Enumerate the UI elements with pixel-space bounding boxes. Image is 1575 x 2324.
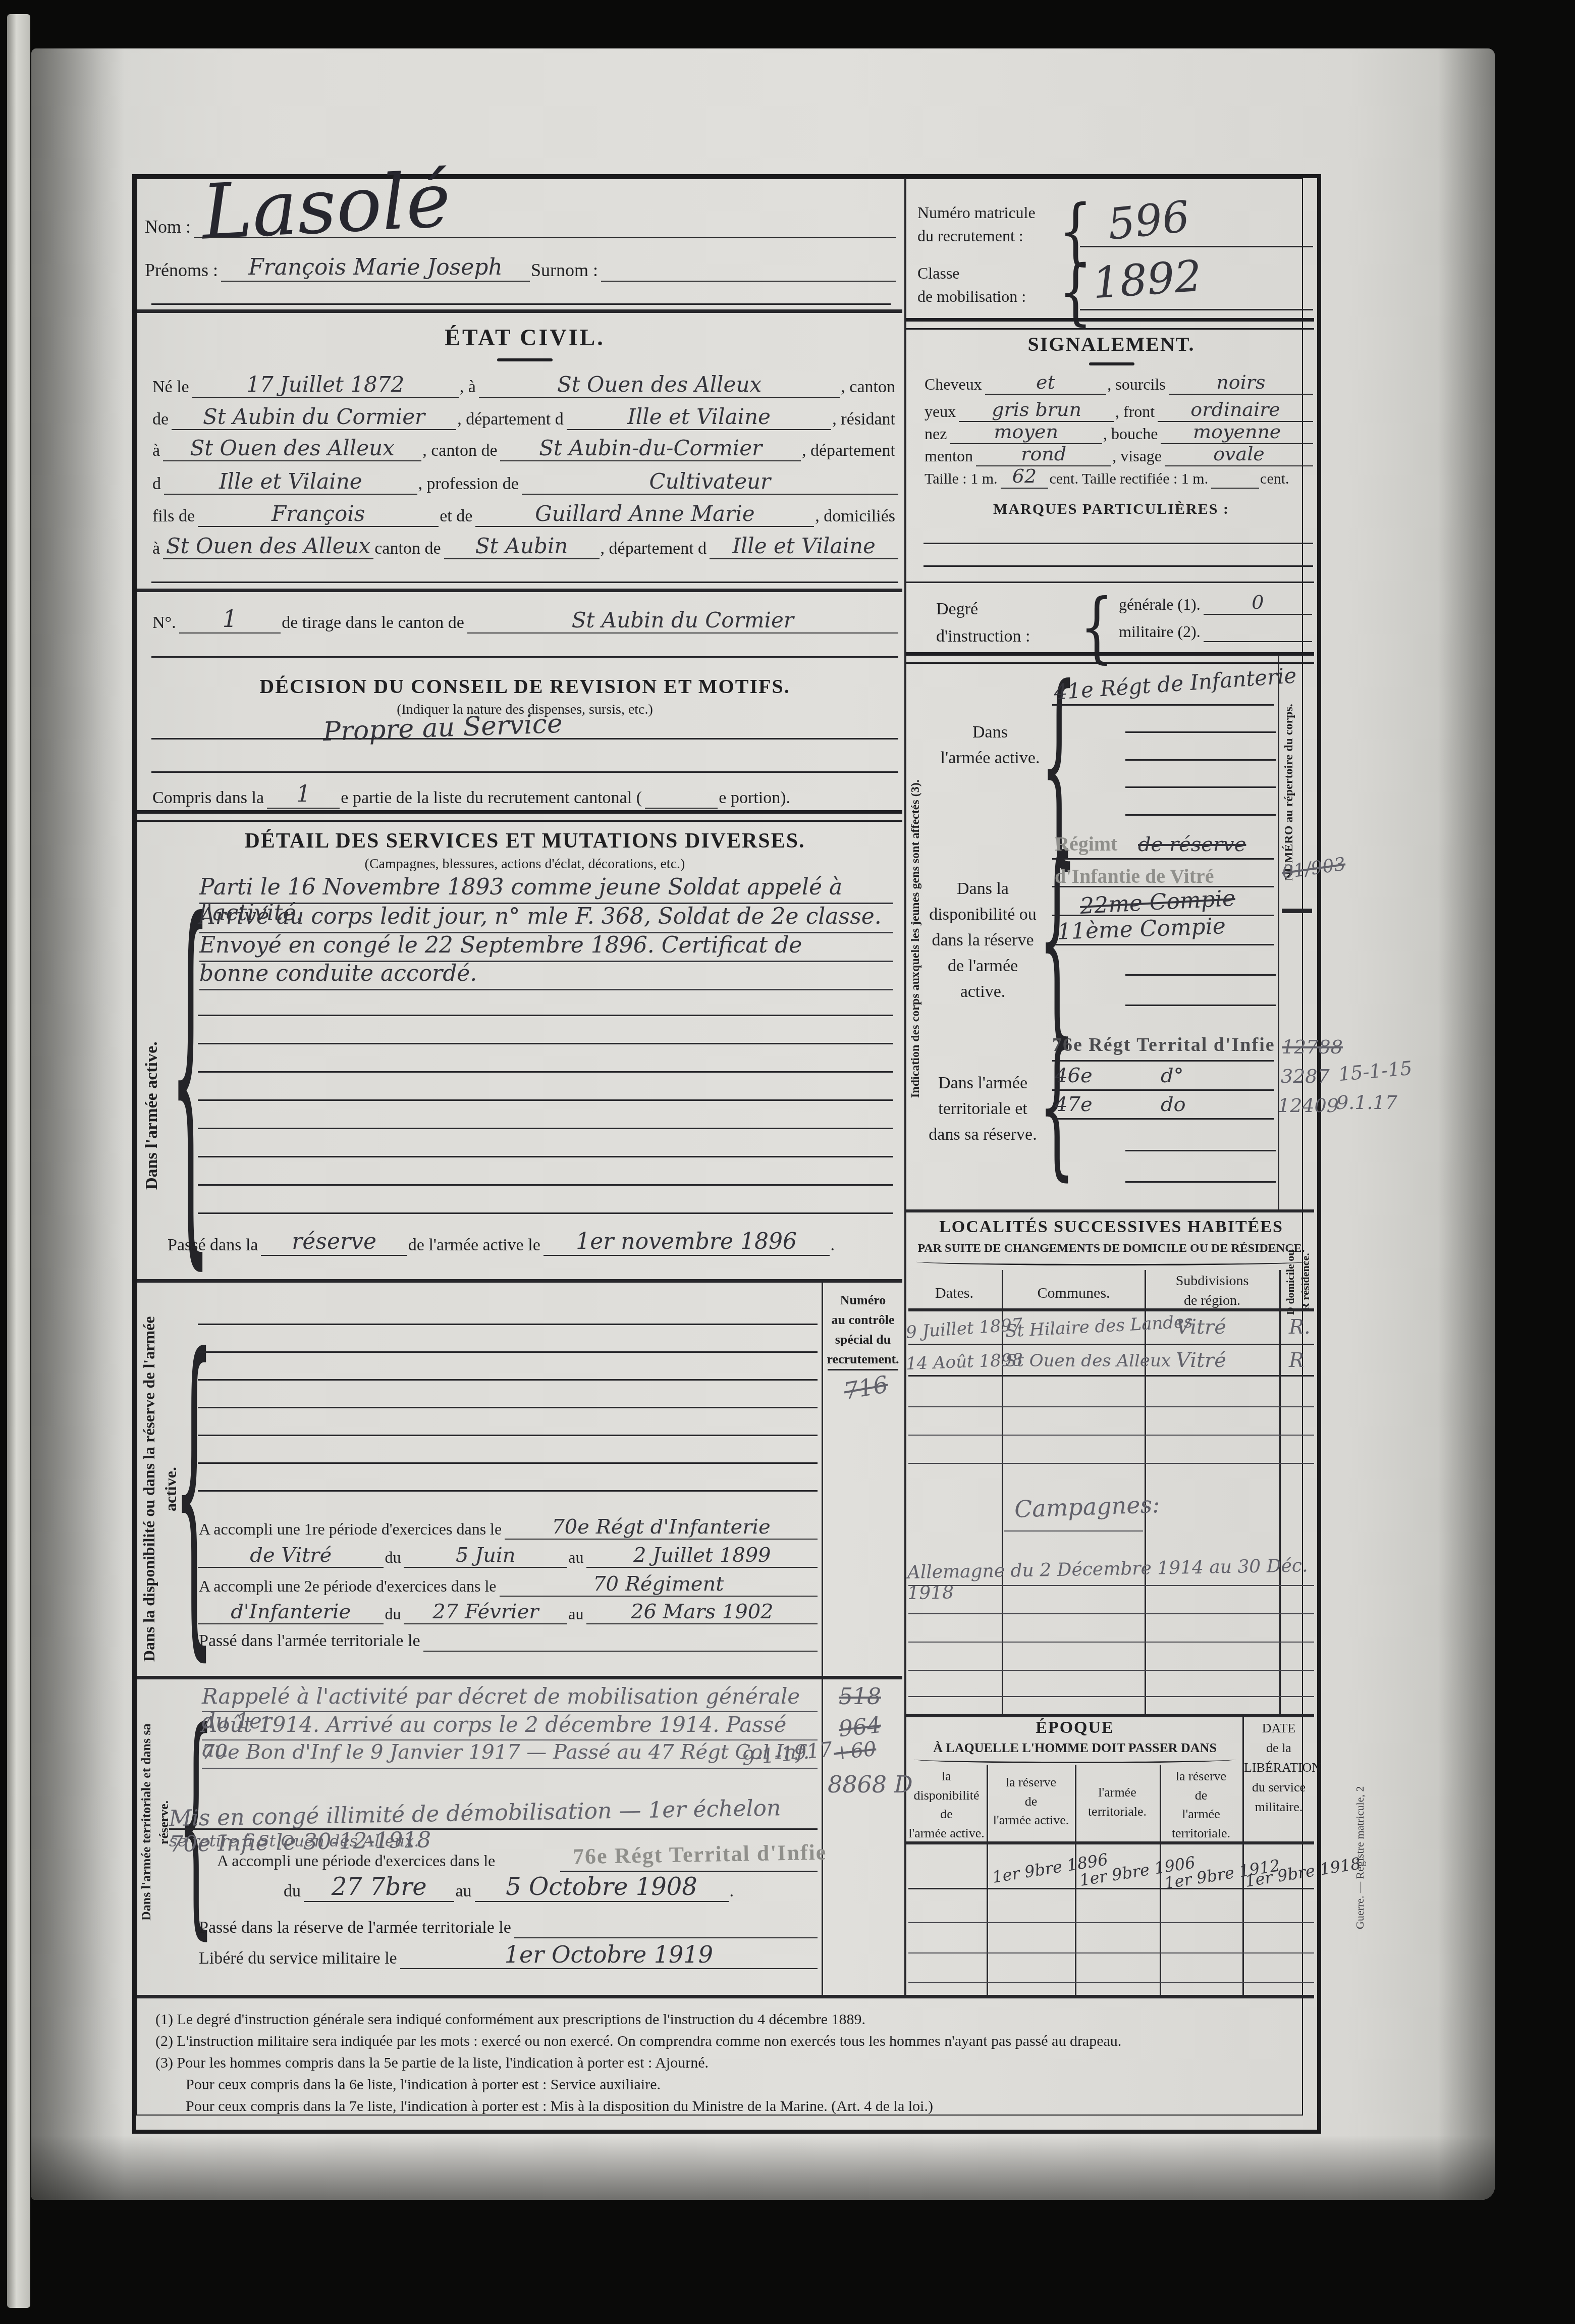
prenoms-value: François Marie Joseph	[221, 255, 530, 282]
localite-row2-dr: R	[1289, 1349, 1304, 1372]
services-subtitle: (Campagnes, blessures, actions d'éclat, …	[151, 856, 898, 872]
blank-line	[924, 565, 1313, 567]
write-line	[1052, 704, 1274, 706]
corps-territoriale-label: Dans l'armée territoriale et dans sa rés…	[929, 1070, 1037, 1147]
previous-page-edge	[7, 14, 30, 2308]
col-subdivisions: Subdivisions de région.	[1147, 1271, 1278, 1310]
passe-territoriale-row: Passé dans l'armée territoriale le	[198, 1626, 818, 1652]
row46-number: 3287	[1281, 1065, 1330, 1087]
book-gutter-shadow	[31, 48, 147, 2200]
compris-row: Compris dans la 1 e partie de la liste d…	[151, 783, 898, 809]
register-margin-imprint: Guerre. — Registre matricule, 2	[1352, 1716, 1378, 1999]
nom-row: Nom :	[144, 212, 896, 238]
table-row-line	[908, 1922, 1314, 1923]
periode2-dates-row: d'Infanterie du 27 Février au 26 Mars 19…	[198, 1599, 818, 1624]
label: yeux	[924, 402, 959, 422]
periode2-debut: 27 Février	[404, 1600, 567, 1624]
blank-line	[198, 1351, 818, 1353]
label: A accompli une 2e période d'exercices da…	[198, 1577, 500, 1597]
table-row-line	[908, 1406, 1314, 1407]
label: du	[384, 1548, 404, 1568]
portion-line	[645, 808, 718, 809]
blank-line	[198, 1071, 893, 1073]
tirage-number: 1	[179, 606, 281, 633]
write-line	[1052, 858, 1274, 860]
table-row-line	[908, 1670, 1314, 1671]
label: menton	[924, 447, 976, 466]
residence-line-1: à St Ouen des Alleux , canton de St Aubi…	[151, 436, 898, 461]
label: de	[151, 409, 172, 430]
blank-line	[198, 1043, 893, 1044]
blank-line	[1125, 786, 1276, 788]
blank-line	[198, 1212, 893, 1214]
label: Passé dans l'armée territoriale le	[198, 1631, 423, 1652]
demobilisation-underline	[169, 1828, 818, 1830]
marques-label: MARQUES PARTICULIÈRES :	[908, 501, 1314, 518]
label: , résidant	[831, 409, 898, 430]
passe-reserve-type: réserve	[261, 1229, 407, 1256]
blank-line	[198, 1324, 818, 1325]
regiment-territorial-stamp: 76e Régt Territal d'Infie	[1052, 1034, 1275, 1056]
periode1-lieu: de Vitré	[198, 1544, 384, 1568]
periode2-regiment: 70 Régiment	[500, 1572, 818, 1597]
blank-line	[151, 582, 898, 583]
footnote-5: Pour ceux compris dans la 7e liste, l'in…	[186, 2098, 1306, 2115]
menton-value: rond	[976, 443, 1111, 466]
passe-territoriale-line	[423, 1651, 818, 1652]
footnote-3: (3) Pour les hommes compris dans la 5e p…	[155, 2054, 1306, 2072]
label: , bouche	[1102, 425, 1161, 444]
col-communes: Communes.	[1004, 1285, 1143, 1302]
degre-militaire-line	[1204, 641, 1312, 642]
matricule-label: Numéro matricule du recrutement :	[917, 201, 1036, 248]
numero-label: N°.	[151, 613, 179, 633]
rappel-margin-number-1: 518	[839, 1684, 881, 1710]
birth-date: 17 Juillet 1872	[192, 373, 459, 398]
footnote-4: Pour ceux compris dans la 6e liste, l'in…	[186, 2076, 1306, 2093]
label: , profession de	[417, 474, 522, 495]
domicile-canton: St Aubin	[444, 534, 600, 559]
epoque-col2-header: la réserve de l'armée active.	[988, 1773, 1074, 1830]
epoque-col3-header: l'armée territoriale.	[1076, 1783, 1158, 1821]
label: d	[151, 474, 164, 495]
table-row-line	[908, 1642, 1314, 1643]
periode2-row: A accompli une 2e période d'exercices da…	[198, 1571, 818, 1597]
label: fils de	[151, 506, 198, 527]
section-rule	[906, 1714, 1314, 1717]
name-script: Lasolé	[200, 156, 453, 257]
table-row-line	[908, 1344, 1314, 1345]
epoque-subtitle: À LAQUELLE L'HOMME DOIT PASSER DANS	[908, 1740, 1241, 1756]
surnom-line	[601, 281, 896, 282]
label: du	[384, 1605, 404, 1624]
table-vline	[1002, 1270, 1003, 1715]
write-line	[1052, 886, 1274, 887]
passe-reserve-date: 1er novembre 1896	[544, 1229, 830, 1256]
table-row-line	[908, 1696, 1314, 1697]
liberation-date: 1er Octobre 1919	[400, 1941, 818, 1969]
label: canton de	[373, 539, 444, 559]
table-row-line	[1004, 1530, 1143, 1531]
passe-reserve-territoriale-line	[514, 1937, 818, 1938]
blank-line	[1125, 759, 1276, 761]
blank-line	[924, 543, 1313, 544]
section-rule	[137, 589, 902, 592]
exercice-dates-row: du 27 7bre au 5 Octobre 1908 .	[283, 1874, 737, 1902]
label: Passé dans la	[167, 1235, 261, 1256]
regiment-vitre-stamp-2: d'Infantie de Vitré	[1055, 864, 1214, 888]
label: , département d	[600, 539, 710, 559]
tirage-row: N°. 1 de tirage dans le canton de St Aub…	[151, 607, 898, 633]
mother-name: Guillard Anne Marie	[475, 502, 814, 527]
label: de tirage dans le canton de	[281, 613, 467, 633]
exercice-debut: 27 7bre	[304, 1873, 454, 1902]
label: , front	[1114, 402, 1158, 422]
blank-line	[198, 1462, 818, 1464]
periode1-debut: 5 Juin	[404, 1544, 567, 1568]
paper-bottom-edge-shadow	[31, 2135, 1495, 2200]
table-row-line	[908, 1463, 1314, 1464]
label: nez	[924, 425, 950, 444]
epoque-date-header: DATE de la LIBÉRATION du service militai…	[1244, 1718, 1314, 1817]
localite-row1-subdiv: Vitré	[1176, 1315, 1226, 1339]
periode1-fin: 2 Juillet 1899	[586, 1544, 818, 1568]
section-rule	[906, 1209, 1314, 1212]
column-divider	[904, 178, 906, 1995]
blank-line	[1125, 731, 1276, 733]
residence-line-2: d Ille et Vilaine , profession de Cultiv…	[151, 469, 898, 495]
ornament-swash	[916, 1258, 1310, 1265]
row47-unit: 47e	[1055, 1093, 1093, 1116]
label: .	[830, 1235, 838, 1256]
blank-line	[151, 303, 891, 305]
label: A accompli une 1re période d'exercices d…	[198, 1520, 505, 1540]
campagnes-label: Campagnes:	[1014, 1491, 1160, 1523]
localites-subtitle: PAR SUITE DE CHANGEMENTS DE DOMICILE OU …	[908, 1242, 1314, 1255]
label: générale (1).	[1118, 595, 1204, 615]
divider-line	[906, 582, 1314, 583]
campagnes-value: Allemagne du 2 Décembre 1914 au 30 Déc. …	[907, 1555, 1316, 1604]
label: de l'armée active le	[407, 1235, 544, 1256]
label: , canton	[840, 377, 898, 398]
col-dates: Dates.	[908, 1285, 1000, 1302]
surnom-label: Surnom :	[530, 260, 601, 282]
blank-line	[198, 1379, 818, 1381]
residence-canton: St Aubin-du-Cormier	[500, 436, 801, 461]
footnote-1: (1) Le degré d'instruction générale sera…	[155, 2011, 1306, 2028]
degre-militaire-row: militaire (2).	[1118, 619, 1312, 642]
blank-line	[151, 738, 898, 740]
bouche-value: moyenne	[1161, 421, 1313, 444]
taille-rectifiee-line	[1211, 488, 1259, 489]
label: .	[729, 1881, 737, 1902]
label: et de	[439, 506, 475, 527]
write-line	[1052, 1060, 1274, 1062]
yeux-value: gris brun	[959, 399, 1114, 422]
title-ornament	[497, 358, 553, 361]
repertoire-tick	[1282, 909, 1312, 913]
periode2-fin: 26 Mars 1902	[586, 1600, 818, 1624]
table-vline	[1279, 1270, 1281, 1715]
blank-line	[1125, 814, 1276, 816]
regiment-reserve-crossed: de réserve	[1138, 833, 1246, 856]
section-rule	[137, 1676, 902, 1679]
sourcils-value: noirs	[1169, 372, 1313, 395]
epoque-col4-header: la réserve de l'armée territoriale.	[1161, 1767, 1241, 1843]
liste-partie: 1	[267, 782, 340, 809]
cheveux-value: et	[985, 372, 1107, 395]
label: militaire (2).	[1118, 622, 1204, 642]
birth-departement: Ille et Vilaine	[567, 405, 832, 430]
periode2-arme: d'Infanterie	[198, 1600, 384, 1624]
taille-row: Taille : 1 m. 62 cent. Taille rectifiée …	[924, 465, 1313, 489]
exercice-territoriale-label: A accompli une période d'exercices dans …	[217, 1852, 495, 1870]
label: cent.	[1259, 470, 1292, 489]
epoque-col1-header: la disponibilité de l'armée active.	[907, 1767, 986, 1843]
table-header-rule	[908, 1308, 1314, 1311]
decision-title: DÉCISION DU CONSEIL DE REVISION ET MOTIF…	[151, 674, 898, 698]
service-entry-line-4: bonne conduite accordé.	[199, 961, 893, 990]
localite-row2-subdiv: Vitré	[1176, 1349, 1226, 1372]
blank-line	[151, 771, 898, 773]
matricule-underline	[1080, 246, 1313, 247]
libere-row: Libéré du service militaire le 1er Octob…	[198, 1941, 818, 1969]
taille-value: 62	[1001, 465, 1049, 489]
profession: Cultivateur	[522, 469, 898, 495]
exercice-fin: 5 Octobre 1908	[475, 1873, 729, 1902]
domicile-commune: St Ouen des Alleux	[163, 534, 373, 559]
blank-line	[198, 1435, 818, 1436]
rappel-line-1: Rappelé à l'activité par décret de mobil…	[202, 1684, 818, 1712]
blank-line	[151, 656, 898, 658]
classe-value: 1892	[1091, 251, 1204, 309]
armee-active-margin-label: Dans l'armée active.	[140, 959, 171, 1272]
nom-label: Nom :	[144, 217, 194, 238]
table-header-rule	[906, 1841, 1314, 1844]
blank-line	[198, 1490, 818, 1492]
label: Passé dans la réserve de l'armée territo…	[198, 1918, 514, 1938]
label: , canton de	[421, 441, 500, 461]
label: , département d	[456, 409, 567, 430]
label: Libéré du service militaire le	[198, 1948, 400, 1969]
row46-unit: 46e	[1055, 1064, 1093, 1087]
tirage-canton: St Aubin du Cormier	[467, 608, 898, 633]
periode1-dates-row: de Vitré du 5 Juin au 2 Juillet 1899	[198, 1543, 818, 1568]
section-double-rule	[137, 810, 902, 822]
nom-line	[194, 237, 896, 238]
write-line	[1052, 1118, 1274, 1120]
menton-row: menton rond , visage ovale	[924, 443, 1313, 466]
section-rule	[137, 309, 902, 313]
passe-reserve-territoriale-row: Passé dans la réserve de l'armée territo…	[198, 1913, 818, 1938]
parents-domicile-line: à St Ouen des Alleux canton de St Aubin …	[151, 534, 898, 559]
classe-underline	[1080, 309, 1313, 310]
label: , sourcils	[1106, 375, 1169, 395]
blank-line	[198, 1184, 893, 1186]
label: à	[151, 539, 163, 559]
label: cent. Taille rectifiée : 1 m.	[1048, 470, 1211, 489]
label: e partie de la liste du recrutement cant…	[340, 788, 645, 809]
prenoms-row: Prénoms : François Marie Joseph Surnom :	[144, 252, 896, 282]
blank-line	[198, 1407, 818, 1408]
label: Né le	[151, 377, 192, 398]
write-line	[1052, 944, 1274, 945]
classe-label: Classe de mobilisation :	[917, 261, 1026, 308]
row47-date: 9.1.17	[1336, 1091, 1397, 1114]
footnote-2: (2) L'instruction militaire sera indiqué…	[155, 2033, 1306, 2050]
repertoire-divider	[1278, 655, 1279, 1209]
label: , département	[801, 441, 898, 461]
localite-row1-dr: R.	[1289, 1315, 1311, 1339]
label: Compris dans la	[151, 788, 267, 809]
regiment-vitre-stamp-1: Régimt	[1055, 832, 1117, 856]
periode1-regiment: 70e Régt d'Infanterie	[505, 1515, 818, 1540]
blank-line	[1125, 1150, 1276, 1151]
table-row-line	[908, 1613, 1314, 1614]
residence-commune: St Ouen des Alleux	[163, 436, 421, 461]
label: , visage	[1111, 447, 1165, 466]
father-name: François	[198, 502, 439, 527]
parents-line: fils de François et de Guillard Anne Mar…	[151, 502, 898, 527]
label: , à	[459, 377, 479, 398]
table-row-line	[908, 1375, 1314, 1377]
degre-label: Degré d'instruction :	[936, 596, 1030, 651]
blank-line	[198, 1156, 893, 1157]
rappel-margin-number-2: 964	[838, 1712, 883, 1742]
birth-line-1: Né le 17 Juillet 1872 , à St Ouen des Al…	[151, 373, 898, 398]
blank-line	[1125, 974, 1276, 976]
territorial-stamp-number-crossed: 12788	[1282, 1036, 1343, 1058]
corps-dispo-label: Dans la disponibilité ou dans la réserve…	[929, 876, 1037, 1005]
rappel-line-3: 70e Bon d'Inf le 9 Janvier 1917 — Passé …	[202, 1740, 818, 1769]
row46-ditto: d°	[1161, 1064, 1184, 1087]
label: e portion).	[718, 788, 793, 809]
table-row-line	[908, 1435, 1314, 1436]
blank-line	[1125, 1181, 1276, 1183]
prenoms-label: Prénoms :	[144, 260, 221, 282]
label: à	[151, 441, 163, 461]
blank-line	[198, 1099, 893, 1101]
label: , domiciliés	[814, 506, 898, 527]
table-row-line	[908, 1585, 1314, 1586]
exercice-underline	[560, 1871, 818, 1872]
rappel-line-2: Août 1914. Arrivé au corps le 2 décembre…	[202, 1712, 818, 1740]
periode1-row: A accompli une 1re période d'exercices d…	[198, 1514, 818, 1540]
blank-line	[198, 1128, 893, 1129]
birth-line-2: de St Aubin du Cormier , département d I…	[151, 405, 898, 430]
write-line	[1052, 1089, 1274, 1091]
nez-value: moyen	[950, 421, 1102, 444]
yeux-row: yeux gris brun , front ordinaire	[924, 399, 1313, 422]
footnotes-rule	[137, 1995, 1314, 1998]
exercice-regiment-stamp: 76e Régt Territal d'Infie	[573, 1839, 827, 1870]
residence-departement: Ille et Vilaine	[164, 469, 417, 495]
demobilisation-line-2: se retire à St Ouen des Alleux.	[169, 1831, 419, 1851]
blank-line	[1125, 1005, 1276, 1006]
military-register-scan: Lasolé Nom : Prénoms : François Marie Jo…	[0, 0, 1575, 2324]
label: Taille : 1 m.	[924, 470, 1001, 489]
blank-line	[198, 1015, 893, 1016]
domicile-departement: Ille et Vilaine	[710, 534, 898, 559]
numero-controle-header: Numéro au contrôle spécial du recrutemen…	[825, 1290, 901, 1369]
section-rule	[137, 1279, 902, 1283]
services-title: DÉTAIL DES SERVICES ET MUTATIONS DIVERSE…	[151, 829, 898, 853]
table-row-line	[908, 1952, 1314, 1953]
label: Cheveux	[924, 375, 985, 395]
service-entry-line-3: Envoyé en congé le 22 Septembre 1896. Ce…	[199, 932, 893, 962]
degre-generale-value: 0	[1204, 592, 1312, 615]
section-double-rule	[906, 652, 1314, 664]
corps-active-label: Dans l'armée active.	[940, 719, 1041, 771]
etat-civil-title: ÉTAT CIVIL.	[151, 324, 898, 351]
epoque-title: ÉPOQUE	[908, 1718, 1241, 1737]
front-value: ordinaire	[1158, 399, 1313, 422]
numero-controle-divider	[822, 1281, 823, 1997]
passe-reserve-row: Passé dans la réserve de l'armée active …	[167, 1230, 838, 1256]
paper-right-edge-shadow	[1428, 48, 1495, 2200]
rappel-margin-number-3: +60	[833, 1737, 878, 1765]
section-double-rule	[906, 318, 1314, 330]
table-row-line	[908, 1982, 1314, 1983]
rappel-margin-number-4: 8868 D	[828, 1771, 913, 1798]
ornament-swash	[914, 1756, 1235, 1763]
birth-place: St Ouen des Alleux	[479, 373, 840, 398]
service-entry-line-1: Parti le 16 Novembre 1893 comme jeune So…	[199, 874, 893, 904]
localites-title: LOCALITÉS SUCCESSIVES HABITÉES	[908, 1218, 1314, 1237]
title-ornament	[1089, 362, 1134, 365]
signalement-title: SIGNALEMENT.	[908, 332, 1314, 356]
label: au	[567, 1548, 586, 1568]
label: au	[454, 1881, 474, 1902]
service-entry-line-2: Arrivé au corps ledit jour, n° mle F. 36…	[199, 904, 893, 933]
label: au	[567, 1605, 586, 1624]
numero-controle-underline	[828, 1369, 898, 1370]
localite-row2-commune: St Ouen des Alleux	[1005, 1351, 1171, 1371]
label: du	[283, 1881, 304, 1902]
nez-row: nez moyen , bouche moyenne	[924, 421, 1313, 444]
matricule-value: 596	[1105, 192, 1192, 250]
table-row-line	[908, 1888, 1314, 1889]
visage-value: ovale	[1165, 443, 1313, 466]
birth-canton: St Aubin du Cormier	[172, 405, 456, 430]
degre-generale-row: générale (1). 0	[1118, 592, 1312, 615]
cheveux-row: Cheveux et , sourcils noirs	[924, 372, 1313, 395]
row47-ditto: do	[1161, 1093, 1186, 1116]
row47-number: 12409	[1278, 1094, 1339, 1117]
